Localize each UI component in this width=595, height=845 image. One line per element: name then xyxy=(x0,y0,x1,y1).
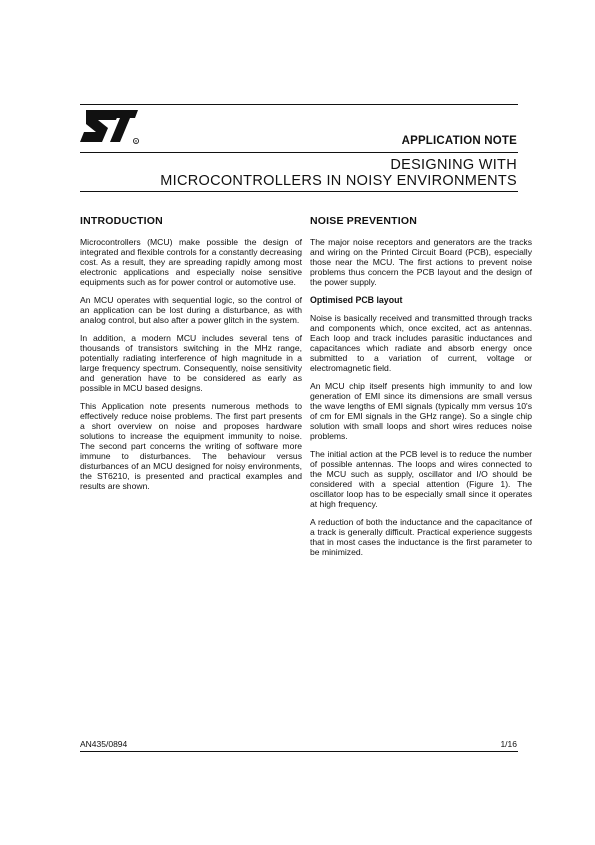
title-line-2: MICROCONTROLLERS IN NOISY ENVIRONMENTS xyxy=(160,173,517,189)
page-number: 1/16 xyxy=(500,739,517,749)
paragraph: In addition, a modern MCU includes sever… xyxy=(80,333,302,393)
svg-text:R: R xyxy=(135,140,138,144)
section-heading-introduction: INTRODUCTION xyxy=(80,216,302,226)
section-heading-noise-prevention: NOISE PREVENTION xyxy=(310,216,532,226)
document-type: APPLICATION NOTE xyxy=(402,135,517,147)
footer-rule xyxy=(80,751,518,752)
left-column: INTRODUCTION Microcontrollers (MCU) make… xyxy=(80,216,302,499)
document-id: AN435/0894 xyxy=(80,739,127,749)
st-logo-icon: R xyxy=(80,108,140,146)
paragraph: An MCU chip itself presents high immunit… xyxy=(310,381,532,441)
title-line-1: DESIGNING WITH xyxy=(160,157,517,173)
paragraph: This Application note presents numerous … xyxy=(80,401,302,491)
page-title: DESIGNING WITH MICROCONTROLLERS IN NOISY… xyxy=(160,157,517,189)
header-mid-rule xyxy=(80,152,518,153)
paragraph: The major noise receptors and generators… xyxy=(310,237,532,287)
paragraph: An MCU operates with sequential logic, s… xyxy=(80,295,302,325)
subsection-heading: Optimised PCB layout xyxy=(310,295,532,305)
header-top-rule xyxy=(80,104,518,105)
paragraph: Microcontrollers (MCU) make possible the… xyxy=(80,237,302,287)
header-bottom-rule xyxy=(80,191,518,192)
paragraph: The initial action at the PCB level is t… xyxy=(310,449,532,509)
right-column: NOISE PREVENTION The major noise recepto… xyxy=(310,216,532,565)
paragraph: A reduction of both the inductance and t… xyxy=(310,517,532,557)
paragraph: Noise is basically received and transmit… xyxy=(310,313,532,373)
